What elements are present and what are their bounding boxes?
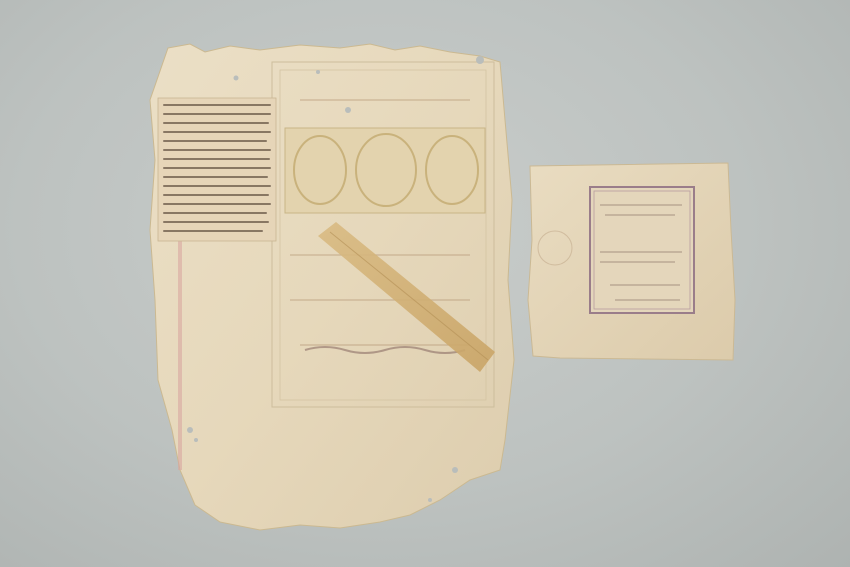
manuscript-photo xyxy=(0,0,850,567)
photo-scene xyxy=(0,0,850,567)
marginal-note-block xyxy=(158,98,276,241)
illuminated-panel xyxy=(285,128,485,213)
right-manuscript-page xyxy=(528,163,735,360)
